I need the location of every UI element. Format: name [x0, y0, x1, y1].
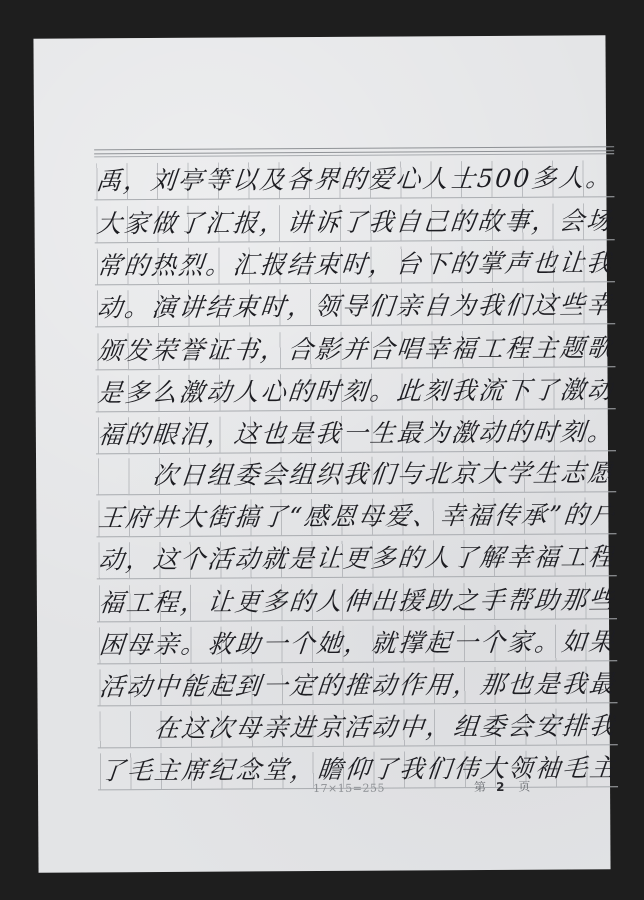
line-text: 在这次母亲进京活动中，组委会安排我们参观 — [100, 708, 616, 747]
page-number-label: 第2页 — [474, 778, 530, 795]
page-number: 2 — [496, 780, 504, 794]
text-line: 福工程，让更多的人伸出援助之手帮助那些更多的贫 — [99, 582, 615, 621]
text-line: 困母亲。救助一个她，就撑起一个家。如果我们在这次 — [99, 624, 615, 663]
page-suffix: 页 — [518, 780, 530, 794]
text-line: 禹，刘亭等以及各界的爱心人士500多人。在会上我给 — [96, 160, 612, 199]
text-line: 王府井大街搞了“感恩母爱、幸福传承”的户外宣传活 — [98, 497, 614, 536]
line-text: 是多么激动人心的时刻。此刻我流下了激动幸 — [98, 372, 614, 411]
manuscript-paper: 禹，刘亭等以及各界的爱心人士500多人。在会上我给 大家做了汇报，讲诉了我自己的… — [33, 35, 610, 872]
scanned-page: 禹，刘亭等以及各界的爱心人士500多人。在会上我给 大家做了汇报，讲诉了我自己的… — [0, 0, 644, 900]
text-body: 禹，刘亭等以及各界的爱心人士500多人。在会上我给 大家做了汇报，讲诉了我自己的… — [33, 35, 610, 872]
text-line: 常的热烈。汇报结束时，台下的掌声也让我非常的感 — [97, 245, 613, 284]
page-prefix: 第 — [474, 780, 486, 794]
text-line: 福的眼泪，这也是我一生最为激动的时刻。 — [98, 414, 614, 453]
line-text: 常的热烈。汇报结束时，台下的掌声也让我非常的感 — [97, 245, 613, 284]
text-line: 是多么激动人心的时刻。此刻我流下了激动幸 — [98, 372, 614, 411]
line-text: 禹，刘亭等以及各界的爱心人士500多人。在会上我给 — [96, 160, 612, 199]
text-line: 活动中能起到一定的推动作用，那也是我最大的幸福。 — [99, 666, 615, 705]
line-text: 王府井大街搞了“感恩母爱、幸福传承”的户外宣传活 — [98, 497, 614, 536]
line-text: 次日组委会组织我们与北京大学生志愿者在 — [98, 455, 614, 494]
grid-count-label: 17×15=255 — [313, 782, 385, 795]
text-line: 动。演讲结束时，领导们亲自为我们这些幸福母亲 — [97, 287, 613, 326]
text-line: 在这次母亲进京活动中，组委会安排我们参观 — [100, 708, 616, 747]
text-line: 颁发荣誉证书，合影并合唱幸福工程主题歌。这 — [97, 330, 613, 369]
line-text: 困母亲。救助一个她，就撑起一个家。如果我们在这次 — [99, 624, 615, 663]
line-text: 活动中能起到一定的推动作用，那也是我最大的幸福。 — [99, 666, 615, 705]
text-line: 次日组委会组织我们与北京大学生志愿者在 — [98, 455, 614, 494]
line-text: 颁发荣誉证书，合影并合唱幸福工程主题歌。这 — [97, 330, 613, 369]
line-text: 福工程，让更多的人伸出援助之手帮助那些更多的贫 — [99, 582, 615, 621]
line-text: 动。演讲结束时，领导们亲自为我们这些幸福母亲 — [97, 287, 613, 326]
text-line: 大家做了汇报，讲诉了我自己的故事，会场上气氛非 — [96, 203, 612, 242]
line-text: 福的眼泪，这也是我一生最为激动的时刻。 — [98, 414, 614, 453]
line-text: 动，这个活动就是让更多的人了解幸福工程，认识幸 — [99, 539, 615, 578]
line-text: 大家做了汇报，讲诉了我自己的故事，会场上气氛非 — [96, 203, 612, 242]
grid-line — [94, 153, 614, 157]
text-line: 动，这个活动就是让更多的人了解幸福工程，认识幸 — [99, 539, 615, 578]
